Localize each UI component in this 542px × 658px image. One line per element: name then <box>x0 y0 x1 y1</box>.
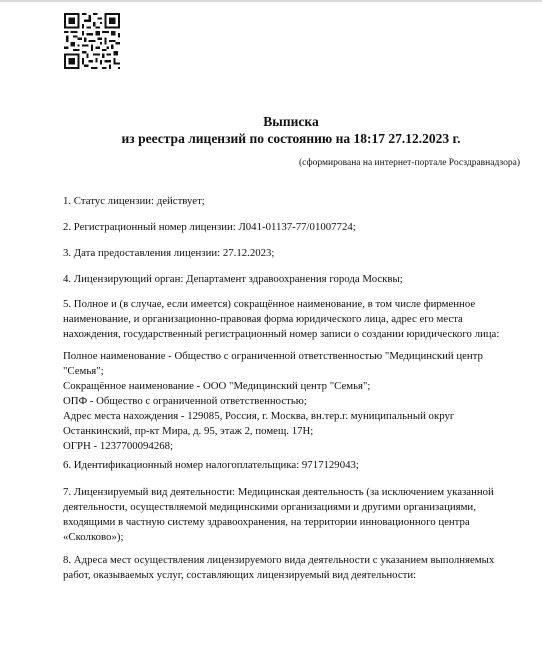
qr-code-icon <box>64 13 120 69</box>
activity-line: «Сколково»); <box>63 530 523 545</box>
org-legal-form: ОПФ - Общество с ограниченной ответствен… <box>63 394 523 409</box>
document-subtitle: из реестра лицензий по состоянию на 18:1… <box>20 129 542 148</box>
org-address-cont: Останкинский, пр-кт Мира, д. 95, этаж 2,… <box>63 424 523 439</box>
addresses-line: 8. Адреса мест осуществления лицензируем… <box>63 553 523 568</box>
org-ogrn: ОГРН - 1237700094268; <box>63 439 523 454</box>
source-note: (сформирована на интернет-портале Росздр… <box>299 157 520 169</box>
org-short-name: Сокращённое наименование - ООО "Медицинс… <box>63 379 523 394</box>
license-status: 1. Статус лицензии: действует; <box>63 194 523 209</box>
licensing-authority: 4. Лицензирующий орган: Департамент здра… <box>63 272 523 287</box>
org-full-name-cont: "Семья"; <box>63 364 523 379</box>
activity-line: входящими в частную систему здравоохране… <box>63 515 523 530</box>
org-heading-line: наименование, и организационно-правовая … <box>63 312 523 327</box>
org-details: Полное наименование - Общество с огранич… <box>63 349 523 454</box>
org-heading: 5. Полное и (в случае, если имеется) сок… <box>63 297 523 342</box>
org-heading-line: нахождения, государственный регистрацион… <box>63 327 523 342</box>
org-full-name: Полное наименование - Общество с огранич… <box>63 349 523 364</box>
page-top-border <box>0 0 542 2</box>
license-reg-number: 2. Регистрационный номер лицензии: Л041-… <box>63 220 523 235</box>
activity-line: 7. Лицензируемый вид деятельности: Медиц… <box>63 485 523 500</box>
activity-addresses: 8. Адреса мест осуществления лицензируем… <box>63 553 523 583</box>
license-issue-date: 3. Дата предоставления лицензии: 27.12.2… <box>63 246 523 261</box>
org-address: Адрес места нахождения - 129085, Россия,… <box>63 409 523 424</box>
org-heading-line: 5. Полное и (в случае, если имеется) сок… <box>63 297 523 312</box>
licensed-activity: 7. Лицензируемый вид деятельности: Медиц… <box>63 485 523 545</box>
activity-line: деятельности, осуществляемой медицинским… <box>63 500 523 515</box>
taxpayer-id: 6. Идентификационный номер налогоплатель… <box>63 458 523 473</box>
addresses-line: работ, оказываемых услуг, составляющих л… <box>63 568 523 583</box>
